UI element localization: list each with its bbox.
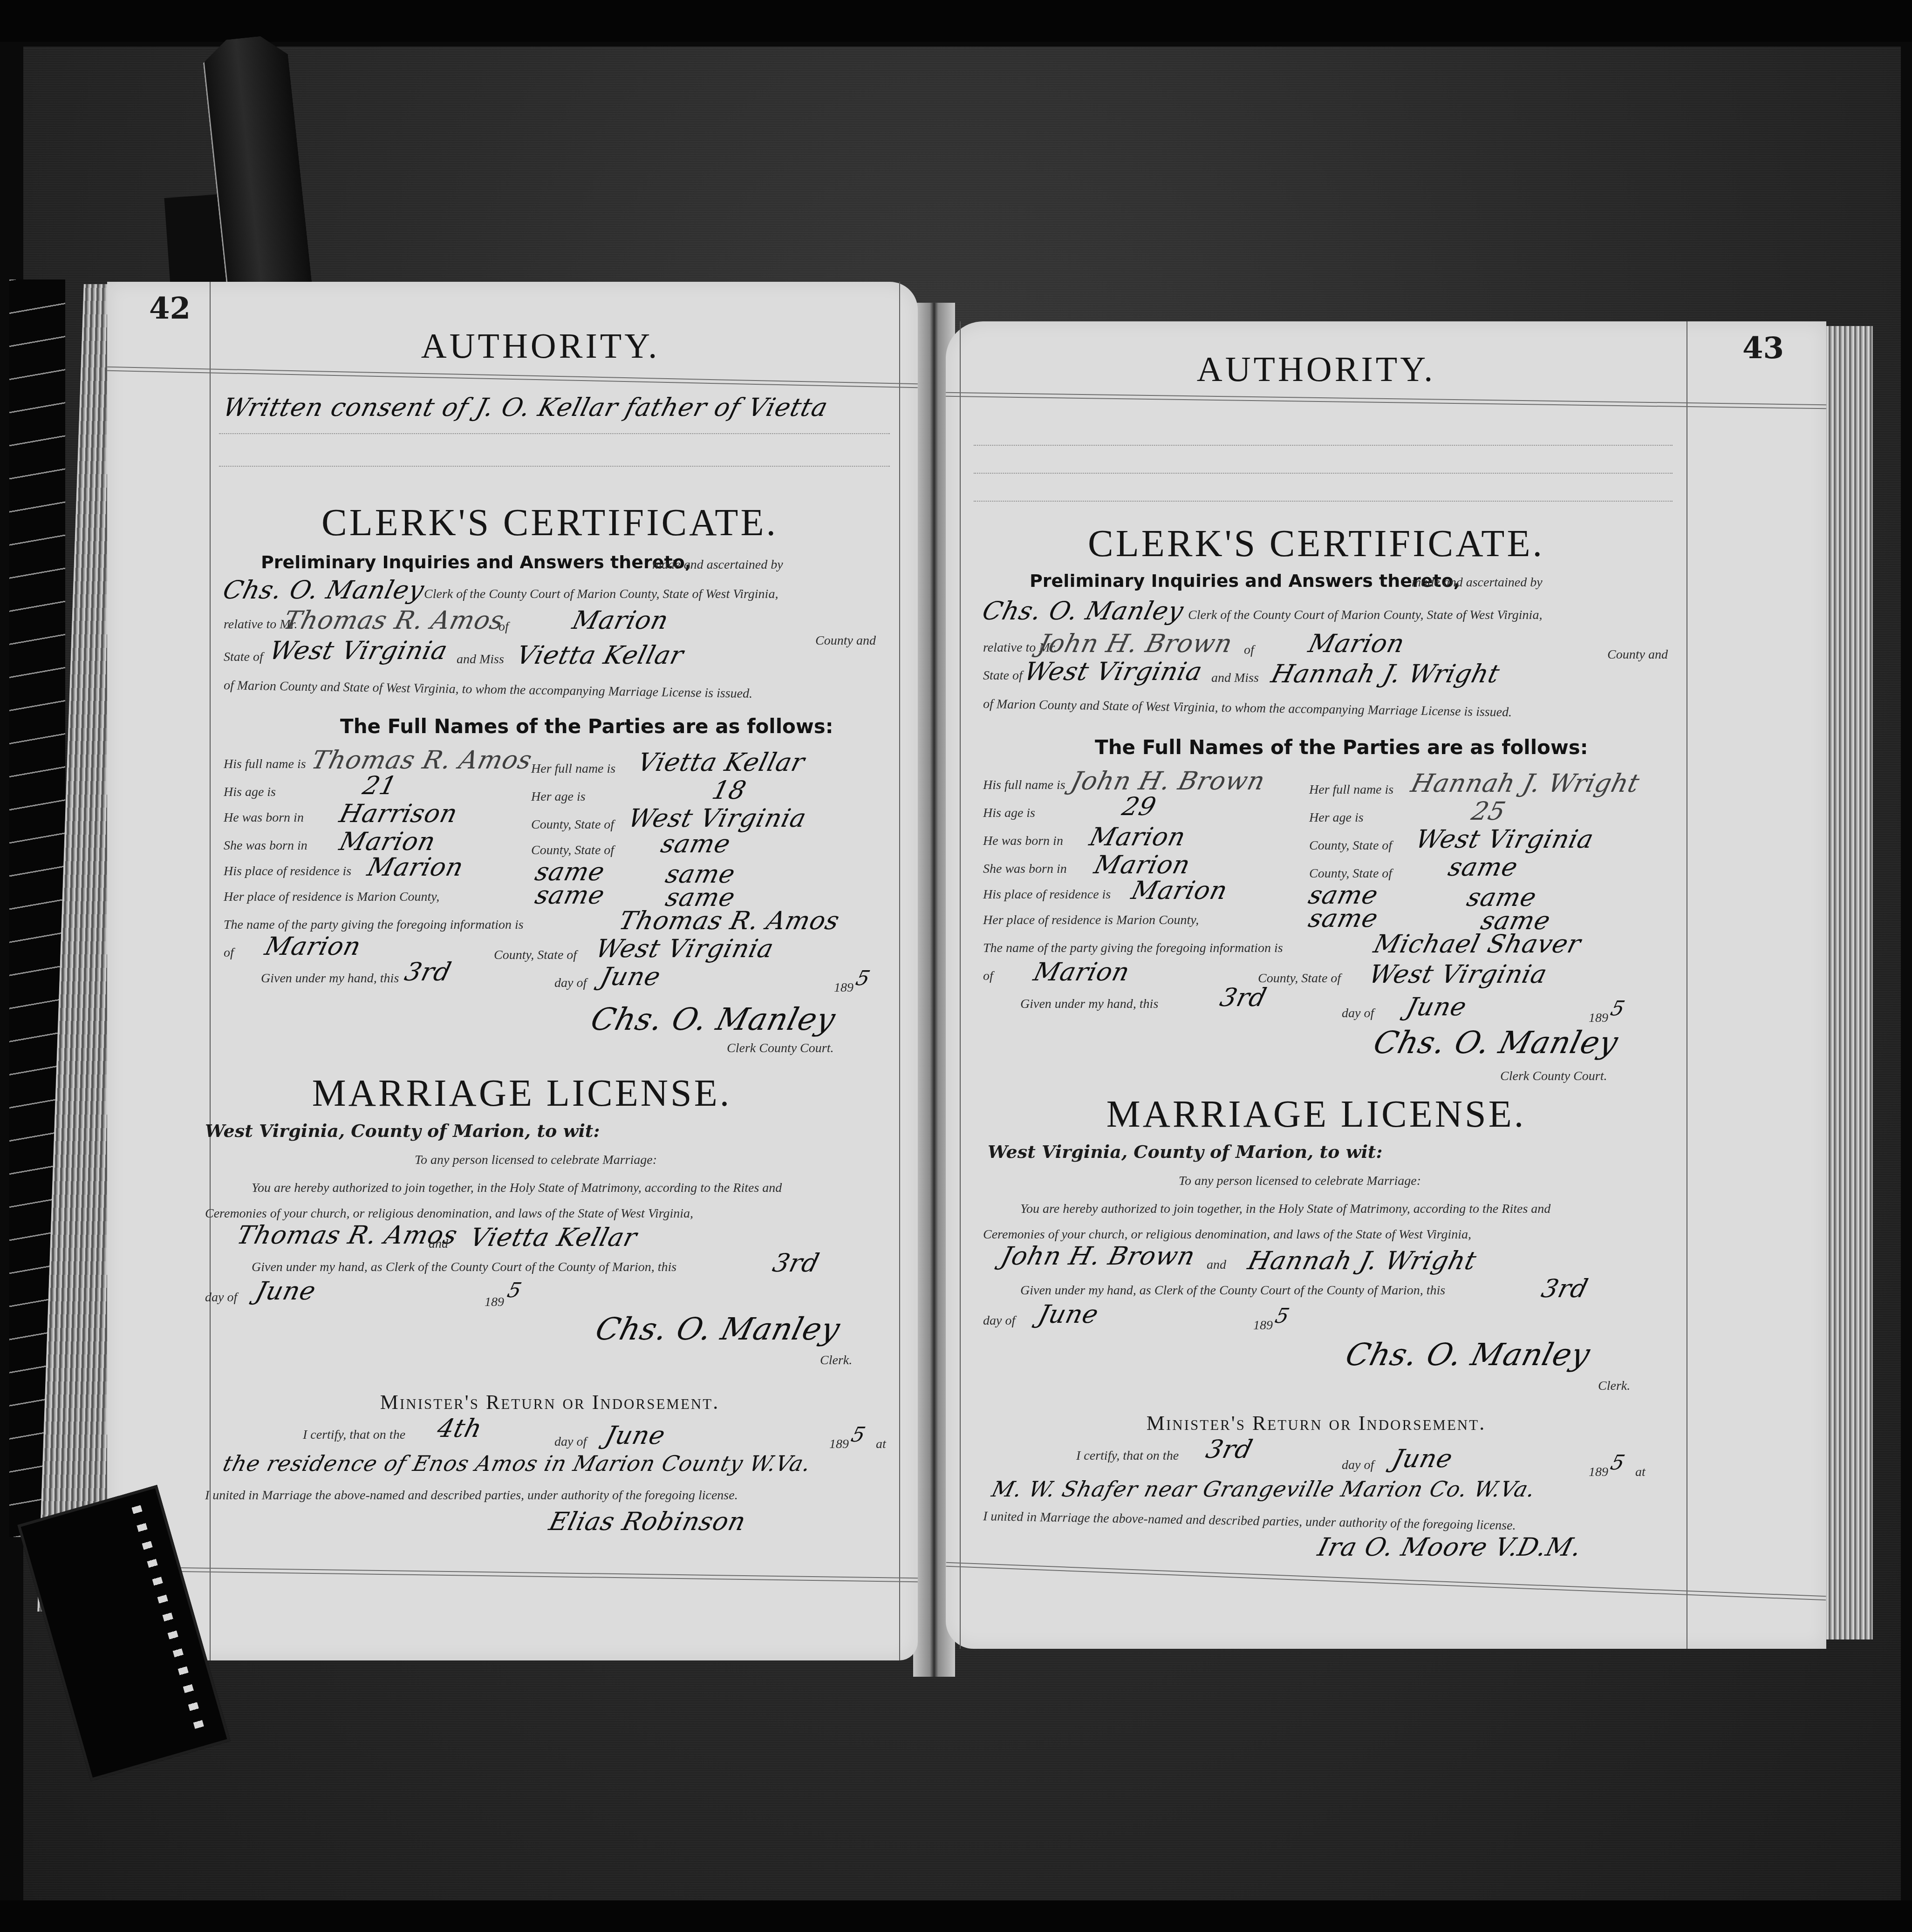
label: County, State of bbox=[1258, 971, 1341, 986]
label: of bbox=[498, 619, 509, 634]
year-prefix: 189 bbox=[829, 1437, 849, 1452]
label: His age is bbox=[224, 785, 276, 800]
year-prefix: 189 bbox=[485, 1295, 504, 1310]
page-number: 43 bbox=[1742, 331, 1784, 366]
label: Given under my hand, this bbox=[261, 971, 399, 986]
label: Her age is bbox=[531, 789, 586, 804]
license-groom: John H. Brown bbox=[998, 1241, 1198, 1271]
full-names-heading: The Full Names of the Parties are as fol… bbox=[1095, 736, 1588, 759]
label: made and ascertained by bbox=[1412, 575, 1543, 590]
jurisdiction: West Virginia, County of Marion, to wit: bbox=[988, 1141, 1382, 1162]
license-month: June bbox=[253, 1276, 319, 1306]
page-stack-right bbox=[1822, 326, 1873, 1639]
label: day of bbox=[1342, 1006, 1374, 1021]
label: day of bbox=[205, 1290, 237, 1305]
license-signature: Chs. O. Manley bbox=[1342, 1337, 1594, 1373]
margin-rule bbox=[899, 282, 900, 1660]
he-born-state: West Virginia bbox=[1413, 824, 1597, 854]
label: State of bbox=[983, 668, 1023, 683]
signature-title: Clerk. bbox=[820, 1353, 852, 1368]
double-rule bbox=[946, 392, 1826, 409]
label: I united in Marriage the above-named and… bbox=[205, 1488, 738, 1503]
she-born-state: same bbox=[658, 829, 734, 858]
authority-text: Written consent of J. O. Kellar father o… bbox=[219, 389, 881, 426]
scan-bottom-border bbox=[0, 1900, 1912, 1932]
label: of Marion County and State of West Virgi… bbox=[224, 678, 753, 701]
label: Her place of residence is Marion County, bbox=[224, 890, 439, 905]
label: Her place of residence is Marion County, bbox=[983, 913, 1199, 928]
margin-rule bbox=[960, 321, 961, 1649]
label: His full name is bbox=[983, 778, 1065, 793]
label: He was born in bbox=[224, 810, 304, 825]
left-page: 42 AUTHORITY. Written consent of J. O. K… bbox=[107, 282, 918, 1660]
label: County, State of bbox=[1309, 866, 1392, 881]
signature-title: Clerk. bbox=[1598, 1379, 1630, 1394]
label: and Miss bbox=[1211, 671, 1259, 686]
label: I certify, that on the bbox=[303, 1428, 405, 1442]
license-bride: Vietta Kellar bbox=[467, 1223, 640, 1252]
authority-heading: AUTHORITY. bbox=[200, 326, 881, 367]
label: of bbox=[1244, 643, 1254, 658]
his-age: 21 bbox=[360, 771, 400, 800]
label: I certify, that on the bbox=[1076, 1449, 1179, 1463]
label: Given under my hand, this bbox=[1020, 997, 1158, 1012]
year-prefix: 189 bbox=[1589, 1465, 1608, 1480]
label: Clerk of the County Court of Marion Coun… bbox=[424, 587, 778, 602]
his-age: 29 bbox=[1119, 792, 1159, 821]
label: She was born in bbox=[983, 862, 1067, 877]
license-signature: Chs. O. Manley bbox=[592, 1311, 844, 1347]
label: Clerk of the County Court of Marion Coun… bbox=[1188, 608, 1542, 623]
license-bride: Hannah J. Wright bbox=[1245, 1246, 1480, 1275]
clerk-signature: Chs. O. Manley bbox=[1370, 1025, 1622, 1061]
she-born-state: same bbox=[1445, 852, 1521, 882]
ruled-line bbox=[219, 433, 890, 434]
his-full-name: John H. Brown bbox=[1068, 766, 1268, 796]
groom-name: Thomas R. Amos bbox=[280, 605, 507, 635]
year-suffix: 5 bbox=[1608, 997, 1628, 1020]
given-month: June bbox=[597, 962, 664, 991]
he-born-state: West Virginia bbox=[625, 803, 810, 833]
her-full-name: Hannah J. Wright bbox=[1408, 769, 1643, 798]
return-place: the residence of Enos Amos in Marion Cou… bbox=[220, 1451, 813, 1476]
label: County and bbox=[815, 633, 876, 648]
return-day: 4th bbox=[434, 1414, 485, 1443]
groom-county: Marion bbox=[569, 605, 672, 635]
informant-state: West Virginia bbox=[593, 934, 777, 963]
label: The name of the party giving the foregoi… bbox=[224, 918, 524, 932]
license-groom: Thomas R. Amos bbox=[234, 1220, 461, 1250]
bride-name: Vietta Kellar bbox=[513, 640, 687, 670]
return-place: M. W. Shafer near Grangeville Marion Co.… bbox=[989, 1476, 1538, 1502]
label: I united in Marriage the above-named and… bbox=[983, 1509, 1516, 1533]
ruled-line bbox=[219, 466, 890, 467]
preliminary-inquiries-subheading: Preliminary Inquiries and Answers theret… bbox=[1030, 571, 1460, 591]
given-day: 3rd bbox=[402, 957, 454, 986]
groom-state: West Virginia bbox=[1021, 657, 1206, 686]
her-residence-state: same bbox=[1305, 904, 1381, 933]
minister-signature: Elias Robinson bbox=[546, 1507, 749, 1536]
label: His full name is bbox=[224, 757, 306, 772]
marriage-license-heading: MARRIAGE LICENSE. bbox=[946, 1092, 1687, 1136]
label: of bbox=[224, 946, 234, 960]
license-day: 3rd bbox=[770, 1248, 822, 1278]
right-page: 43 AUTHORITY. CLERK'S CERTIFICATE. Preli… bbox=[946, 321, 1826, 1649]
license-body: Ceremonies of your church, or religious … bbox=[205, 1206, 693, 1221]
label: County, State of bbox=[494, 948, 577, 963]
label: and bbox=[429, 1237, 448, 1252]
salutation: To any person licensed to celebrate Marr… bbox=[415, 1153, 657, 1168]
his-residence: Marion bbox=[364, 852, 467, 882]
year-prefix: 189 bbox=[1253, 1318, 1273, 1333]
marriage-license-heading: MARRIAGE LICENSE. bbox=[163, 1071, 881, 1115]
informant-county: Marion bbox=[1031, 957, 1133, 986]
label: County, State of bbox=[1309, 838, 1392, 853]
informant-state: West Virginia bbox=[1366, 959, 1550, 989]
his-full-name: Thomas R. Amos bbox=[308, 745, 535, 775]
ministers-return-heading: Minister's Return or Indorsement. bbox=[946, 1411, 1687, 1435]
label: and bbox=[1207, 1258, 1226, 1272]
label: Her age is bbox=[1309, 810, 1364, 825]
her-full-name: Vietta Kellar bbox=[635, 748, 808, 777]
clerk-signature: Chs. O. Manley bbox=[587, 1001, 839, 1037]
groom-state: West Virginia bbox=[266, 636, 451, 665]
label: State of bbox=[224, 650, 263, 665]
label: day of bbox=[983, 1313, 1015, 1328]
label: His age is bbox=[983, 806, 1035, 821]
year-suffix: 5 bbox=[849, 1423, 868, 1447]
groom-name: John H. Brown bbox=[1035, 629, 1236, 658]
he-born: Marion bbox=[1086, 822, 1189, 851]
label: County and bbox=[1607, 647, 1668, 662]
label: made and ascertained by bbox=[652, 558, 783, 572]
year-suffix: 5 bbox=[1273, 1304, 1292, 1328]
ruled-line bbox=[974, 445, 1673, 446]
preliminary-inquiries-subheading: Preliminary Inquiries and Answers theret… bbox=[261, 552, 691, 572]
label: of Marion County and State of West Virgi… bbox=[983, 697, 1512, 720]
he-born: Harrison bbox=[336, 799, 461, 828]
page-number: 42 bbox=[149, 291, 191, 326]
informant-county: Marion bbox=[262, 932, 364, 961]
label: His place of residence is bbox=[983, 887, 1111, 902]
return-month: June bbox=[1389, 1444, 1456, 1473]
minister-signature: Ira O. Moore V.D.M. bbox=[1315, 1532, 1585, 1562]
label: She was born in bbox=[224, 838, 307, 853]
license-body: You are hereby authorized to join togeth… bbox=[252, 1181, 782, 1196]
year-suffix: 5 bbox=[505, 1279, 525, 1302]
ruled-line bbox=[974, 501, 1673, 502]
label: day of bbox=[554, 1435, 587, 1449]
label: He was born in bbox=[983, 834, 1063, 849]
ministers-return-heading: Minister's Return or Indorsement. bbox=[200, 1390, 899, 1414]
label: Her full name is bbox=[1309, 782, 1393, 797]
return-day: 3rd bbox=[1203, 1435, 1256, 1464]
clerk-name: Chs. O. Manley bbox=[220, 575, 427, 605]
label: Given under my hand, as Clerk of the Cou… bbox=[252, 1260, 676, 1275]
scan-top-border bbox=[0, 0, 1912, 42]
given-month: June bbox=[1403, 992, 1470, 1021]
signature-title: Clerk County Court. bbox=[727, 1041, 833, 1056]
she-born: Marion bbox=[1091, 850, 1194, 879]
given-day: 3rd bbox=[1217, 983, 1270, 1012]
double-rule bbox=[946, 1562, 1826, 1601]
authority-heading: AUTHORITY. bbox=[946, 349, 1687, 390]
double-rule bbox=[107, 367, 918, 388]
clerk-name: Chs. O. Manley bbox=[979, 596, 1187, 626]
label: The name of the party giving the foregoi… bbox=[983, 941, 1283, 956]
license-month: June bbox=[1035, 1299, 1102, 1329]
she-born: Marion bbox=[336, 827, 439, 856]
year-suffix: 5 bbox=[1608, 1451, 1628, 1475]
license-day: 3rd bbox=[1538, 1274, 1591, 1303]
label: Her full name is bbox=[531, 762, 615, 776]
license-body: You are hereby authorized to join togeth… bbox=[1020, 1202, 1550, 1217]
year-prefix: 189 bbox=[1589, 1011, 1608, 1026]
informant-name: Michael Shaver bbox=[1371, 929, 1584, 959]
label: County, State of bbox=[531, 843, 614, 858]
label: of bbox=[983, 969, 993, 984]
ruled-line bbox=[974, 473, 1673, 474]
label: Given under my hand, as Clerk of the Cou… bbox=[1020, 1283, 1445, 1298]
label: at bbox=[1635, 1465, 1646, 1480]
clerks-certificate-heading: CLERK'S CERTIFICATE. bbox=[946, 522, 1687, 565]
label: His place of residence is bbox=[224, 864, 351, 879]
her-residence-state: same bbox=[532, 880, 608, 910]
license-body: Ceremonies of your church, or religious … bbox=[983, 1227, 1471, 1242]
salutation: To any person licensed to celebrate Marr… bbox=[1179, 1174, 1421, 1189]
his-residence: Marion bbox=[1128, 876, 1231, 905]
label: at bbox=[876, 1437, 886, 1452]
label: day of bbox=[554, 976, 587, 991]
full-names-heading: The Full Names of the Parties are as fol… bbox=[340, 715, 833, 738]
groom-county: Marion bbox=[1305, 629, 1408, 658]
signature-title: Clerk County Court. bbox=[1500, 1069, 1607, 1084]
label: County, State of bbox=[531, 817, 614, 832]
margin-rule bbox=[210, 282, 211, 1660]
jurisdiction: West Virginia, County of Marion, to wit: bbox=[205, 1120, 600, 1141]
her-age: 25 bbox=[1468, 796, 1509, 826]
clerks-certificate-heading: CLERK'S CERTIFICATE. bbox=[200, 501, 899, 544]
label: and Miss bbox=[457, 652, 504, 667]
year-prefix: 189 bbox=[834, 980, 854, 995]
informant-name: Thomas R. Amos bbox=[616, 906, 843, 935]
double-rule bbox=[107, 1566, 918, 1582]
bride-name: Hannah J. Wright bbox=[1268, 659, 1503, 688]
year-suffix: 5 bbox=[854, 966, 873, 990]
return-month: June bbox=[602, 1421, 669, 1450]
margin-rule bbox=[1687, 321, 1687, 1649]
label: day of bbox=[1342, 1458, 1374, 1473]
her-age: 18 bbox=[709, 776, 749, 805]
